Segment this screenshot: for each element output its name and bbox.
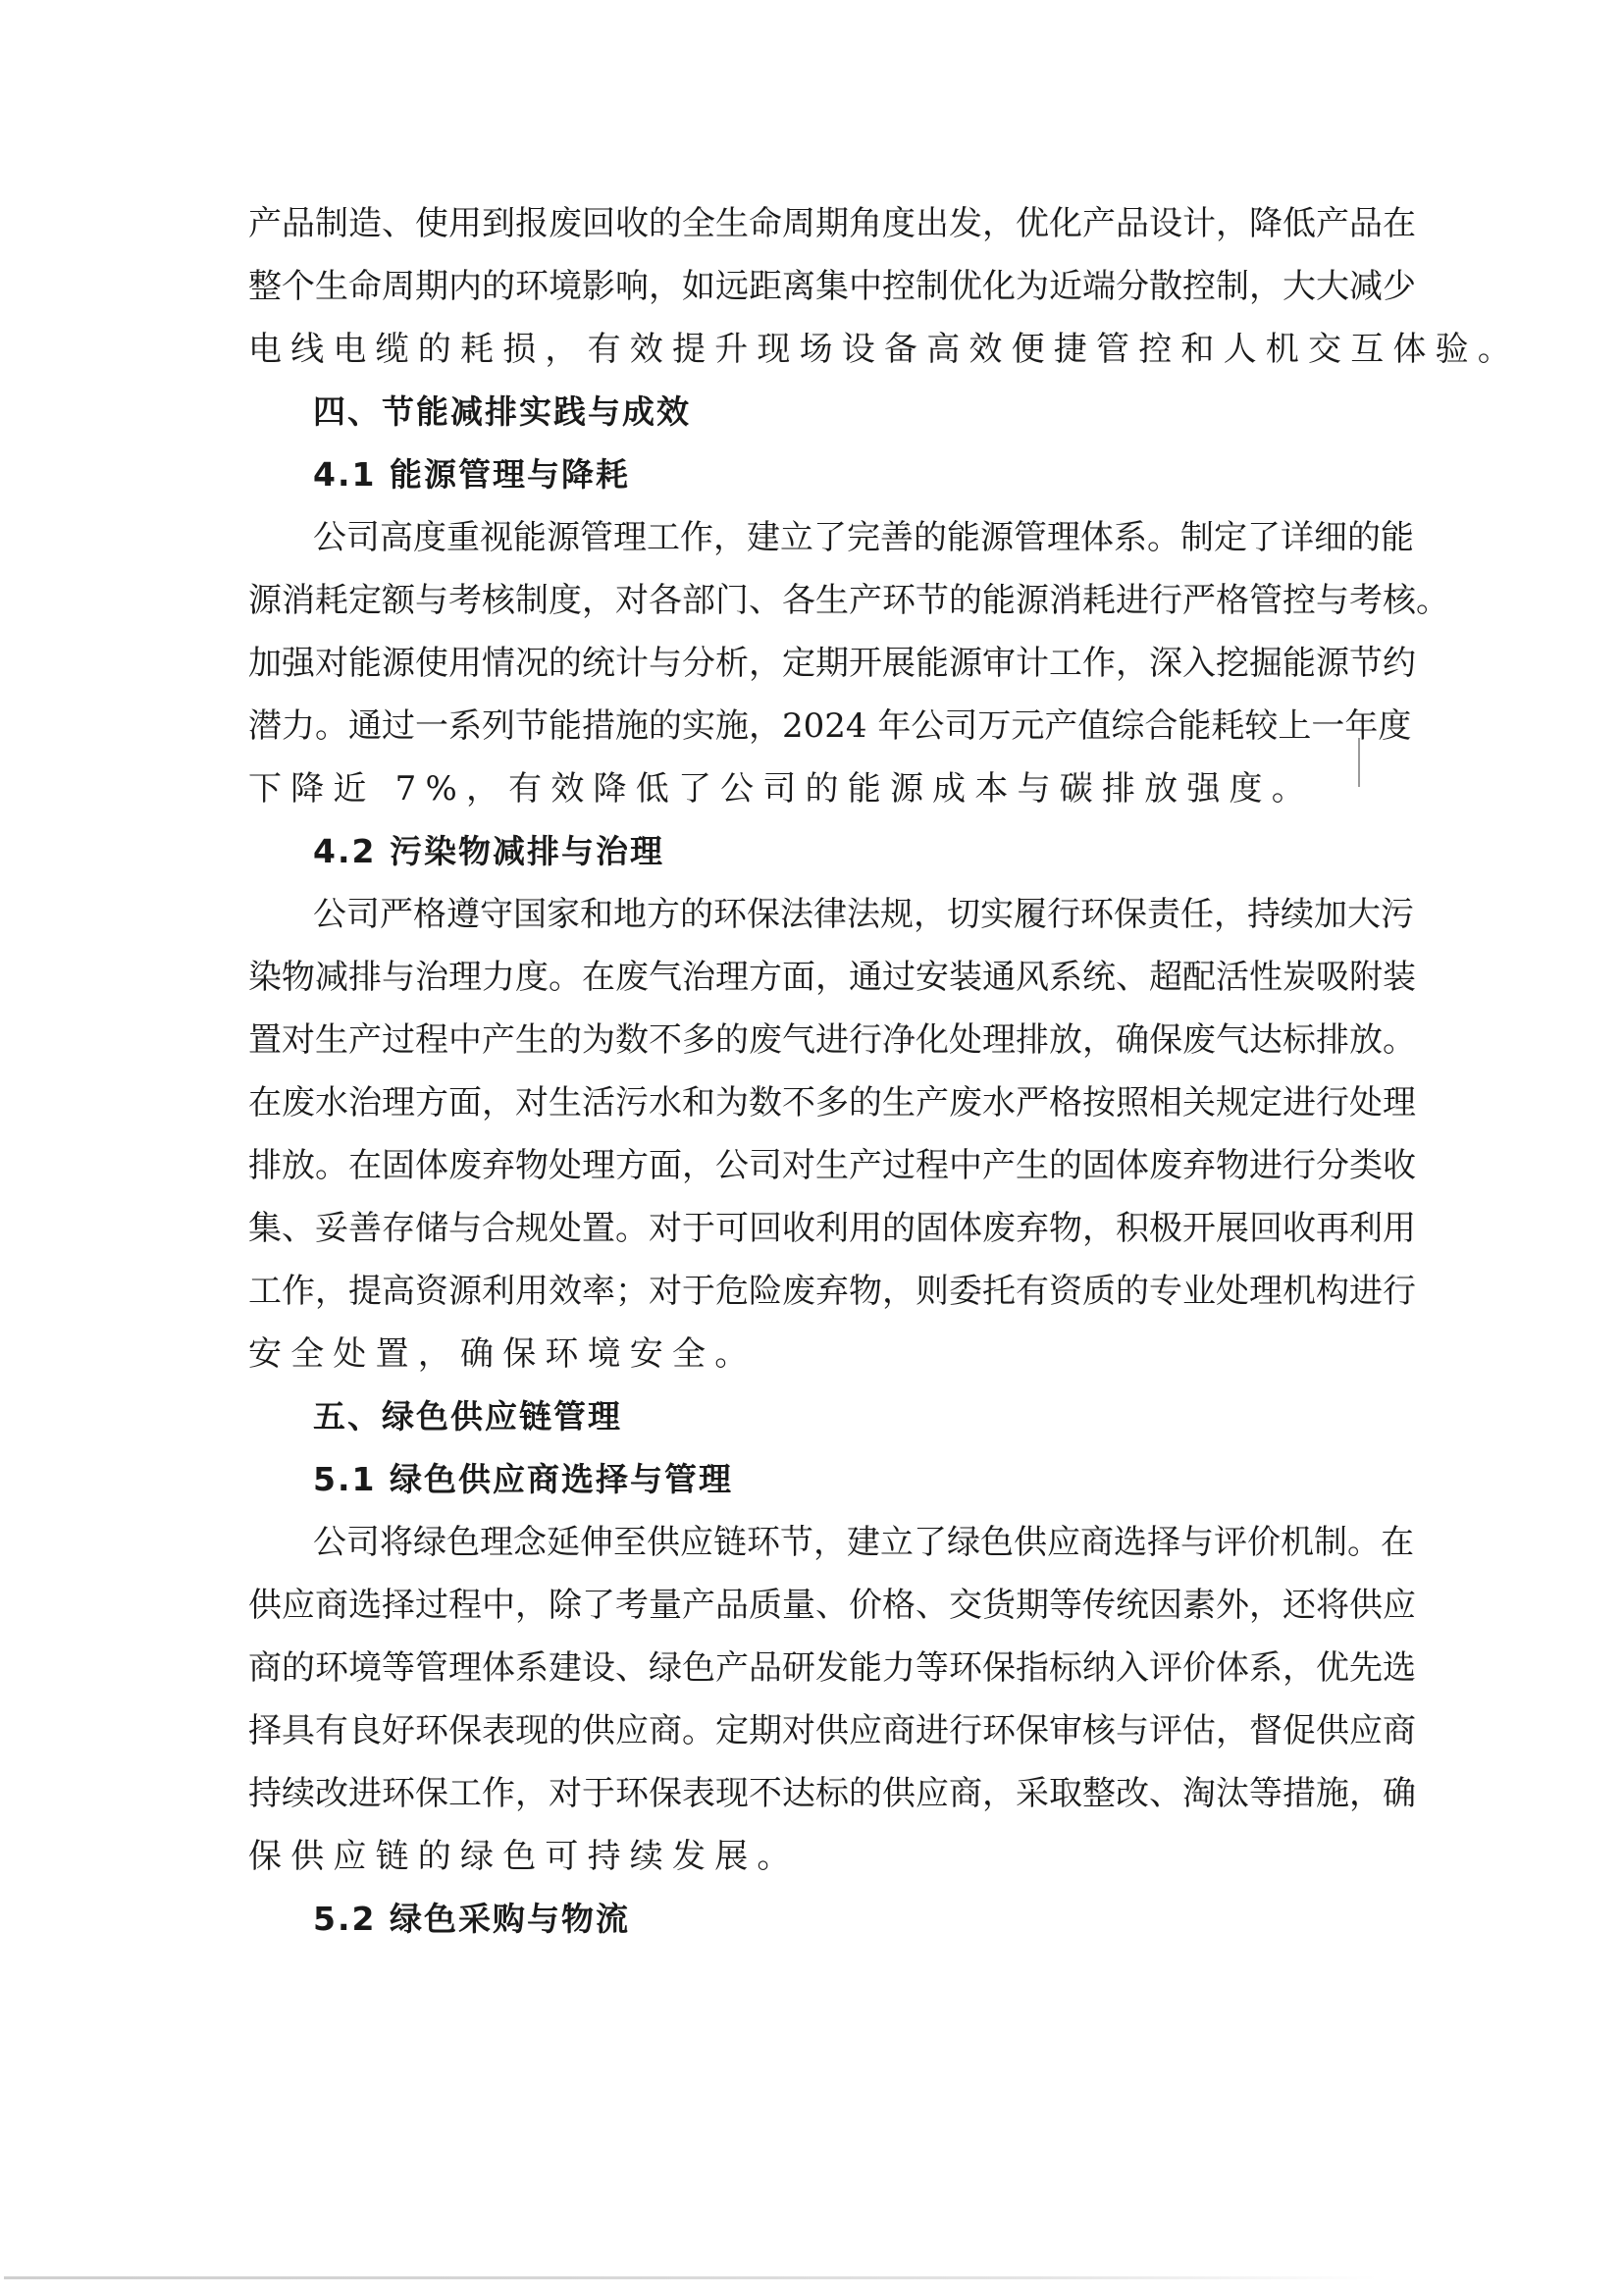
paragraph-line: 供应商选择过程中，除了考量产品质量、价格、交货期等传统因素外，还将供应 xyxy=(248,1574,1377,1637)
scan-bottom-edge xyxy=(4,2276,1378,2279)
document-page: 产品制造、使用到报废回收的全生命周期角度出发，优化产品设计，降低产品在 整个生命… xyxy=(248,192,1377,1951)
subsection-heading-4-2: 4.2 污染物减排与治理 xyxy=(248,820,1377,883)
paragraph-line: 置对生产过程中产生的为数不多的废气进行净化处理排放，确保废气达标排放。 xyxy=(248,1009,1377,1071)
paragraph-line: 择具有良好环保表现的供应商。定期对供应商进行环保审核与评估，督促供应商 xyxy=(248,1699,1377,1762)
paragraph-line: 公司严格遵守国家和地方的环保法律法规，切实履行环保责任，持续加大污 xyxy=(248,883,1377,946)
paragraph-line: 整个生命周期内的环境影响，如远距离集中控制优化为近端分散控制，大大减少 xyxy=(248,255,1377,318)
paragraph-line: 排放。在固体废弃物处理方面，公司对生产过程中产生的固体废弃物进行分类收 xyxy=(248,1134,1377,1197)
subsection-heading-5-1: 5.1 绿色供应商选择与管理 xyxy=(248,1448,1377,1511)
paragraph-line: 商的环境等管理体系建设、绿色产品研发能力等环保指标纳入评价体系，优先选 xyxy=(248,1637,1377,1699)
subsection-heading-5-2: 5.2 绿色采购与物流 xyxy=(248,1888,1377,1951)
paragraph-line: 保供应链的绿色可持续发展。 xyxy=(248,1825,1377,1888)
paragraph-line: 产品制造、使用到报废回收的全生命周期角度出发，优化产品设计，降低产品在 xyxy=(248,192,1377,255)
paragraph-line: 电线电缆的耗损，有效提升现场设备高效便捷管控和人机交互体验。 xyxy=(248,318,1377,381)
paragraph-line: 潜力。通过一系列节能措施的实施，2024 年公司万元产值综合能耗较上一年度 xyxy=(248,695,1377,757)
paragraph-line: 在废水治理方面，对生活污水和为数不多的生产废水严格按照相关规定进行处理 xyxy=(248,1071,1377,1134)
paragraph-line: 工作，提高资源利用效率；对于危险废弃物，则委托有资质的专业处理机构进行 xyxy=(248,1260,1377,1323)
paragraph-line: 公司将绿色理念延伸至供应链环节，建立了绿色供应商选择与评价机制。在 xyxy=(248,1511,1377,1574)
paragraph-line: 持续改进环保工作，对于环保表现不达标的供应商，采取整改、淘汰等措施，确 xyxy=(248,1762,1377,1825)
paragraph-line: 公司高度重视能源管理工作，建立了完善的能源管理体系。制定了详细的能 xyxy=(248,506,1377,569)
paragraph-line: 染物减排与治理力度。在废气治理方面，通过安装通风系统、超配活性炭吸附装 xyxy=(248,946,1377,1009)
paragraph-line: 下降近 7%，有效降低了公司的能源成本与碳排放强度。 xyxy=(248,757,1377,820)
scan-artifact-mark xyxy=(1358,738,1360,787)
subsection-heading-4-1: 4.1 能源管理与降耗 xyxy=(248,444,1377,506)
paragraph-line: 安全处置，确保环境安全。 xyxy=(248,1323,1377,1385)
section-heading-5: 五、绿色供应链管理 xyxy=(248,1385,1377,1448)
section-heading-4: 四、节能减排实践与成效 xyxy=(248,381,1377,444)
paragraph-line: 加强对能源使用情况的统计与分析，定期开展能源审计工作，深入挖掘能源节约 xyxy=(248,632,1377,695)
paragraph-line: 集、妥善存储与合规处置。对于可回收利用的固体废弃物，积极开展回收再利用 xyxy=(248,1197,1377,1260)
paragraph-line: 源消耗定额与考核制度，对各部门、各生产环节的能源消耗进行严格管控与考核。 xyxy=(248,569,1377,632)
